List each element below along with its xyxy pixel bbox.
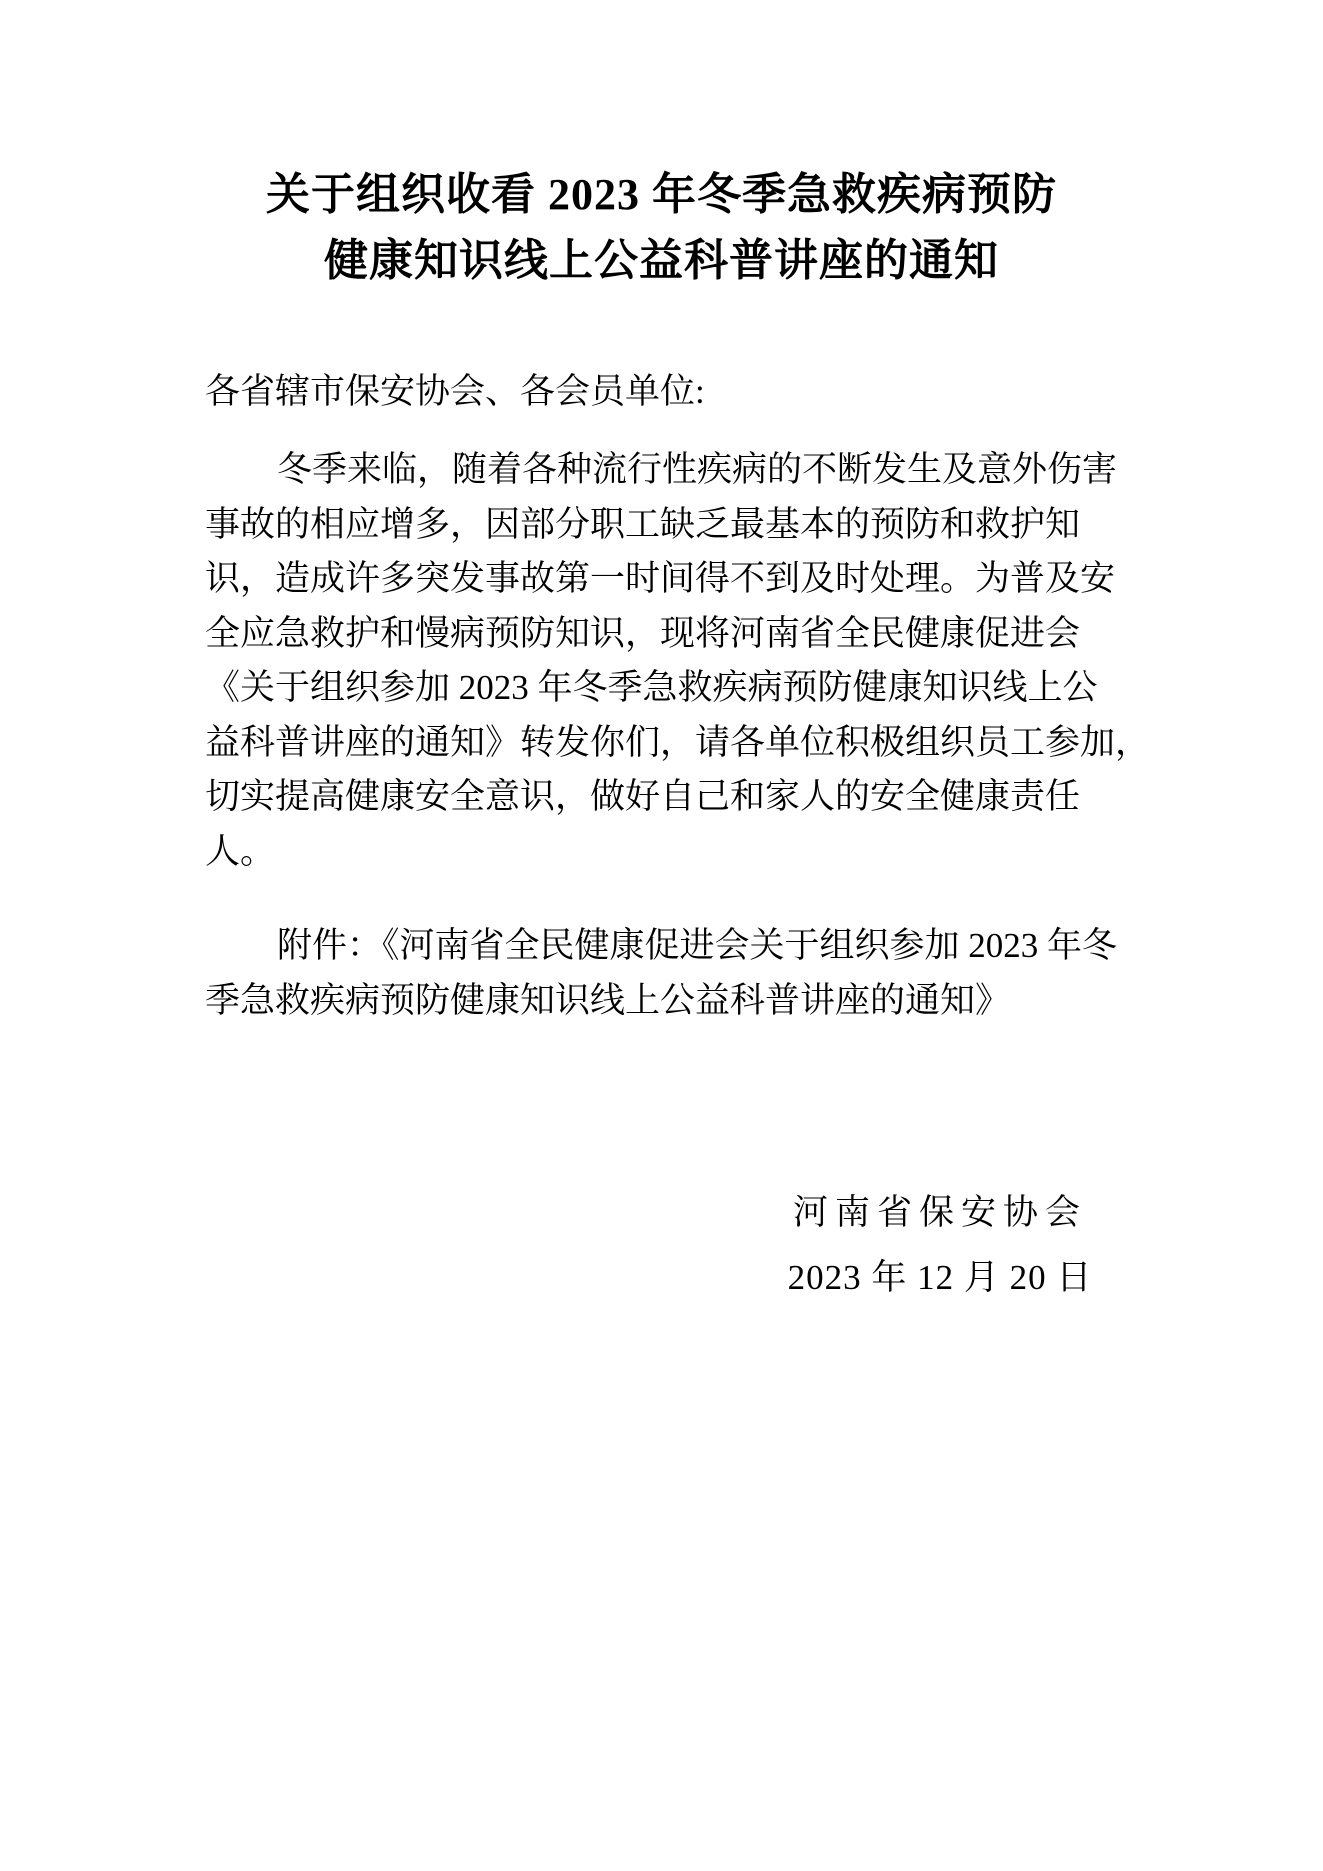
- attachment-paragraph: 附件：《河南省全民健康促进会关于组织参加 2023 年冬 季急救疾病预防健康知识…: [205, 918, 1165, 1028]
- signature-organization: 河南省保安协会: [715, 1188, 1165, 1238]
- body-line: 事故的相应增多，因部分职工缺乏最基本的预防和救护知: [205, 498, 1165, 553]
- signature-block: 河南省保安协会 2023 年 12 月 20 日: [715, 1188, 1165, 1303]
- document-title-line-1: 关于组织收看 2023 年冬季急救疾病预防: [0, 162, 1323, 228]
- body-line: 《关于组织参加 2023 年冬季急救疾病预防健康知识线上公: [205, 661, 1165, 716]
- body-line: 识，造成许多突发事故第一时间得不到及时处理。为普及安: [205, 552, 1165, 607]
- body-line: 全应急救护和慢病预防知识，现将河南省全民健康促进会: [205, 607, 1165, 662]
- body-line: 人。: [205, 825, 1165, 880]
- body-line: 益科普讲座的通知》转发你们，请各单位积极组织员工参加，: [205, 716, 1165, 771]
- document-title: 关于组织收看 2023 年冬季急救疾病预防 健康知识线上公益科普讲座的通知: [0, 162, 1323, 294]
- attachment-line: 附件：《河南省全民健康促进会关于组织参加 2023 年冬: [205, 918, 1165, 973]
- body-line: 切实提高健康安全意识，做好自己和家人的安全健康责任: [205, 770, 1165, 825]
- signature-date: 2023 年 12 月 20 日: [715, 1253, 1165, 1303]
- notice-document-page: 关于组织收看 2023 年冬季急救疾病预防 健康知识线上公益科普讲座的通知 各省…: [0, 0, 1323, 1871]
- body-paragraph: 冬季来临，随着各种流行性疾病的不断发生及意外伤害 事故的相应增多，因部分职工缺乏…: [205, 443, 1165, 879]
- document-title-line-2: 健康知识线上公益科普讲座的通知: [0, 228, 1323, 294]
- salutation-line: 各省辖市保安协会、各会员单位:: [205, 372, 1205, 412]
- attachment-line: 季急救疾病预防健康知识线上公益科普讲座的通知》: [205, 973, 1165, 1028]
- body-line: 冬季来临，随着各种流行性疾病的不断发生及意外伤害: [205, 443, 1165, 498]
